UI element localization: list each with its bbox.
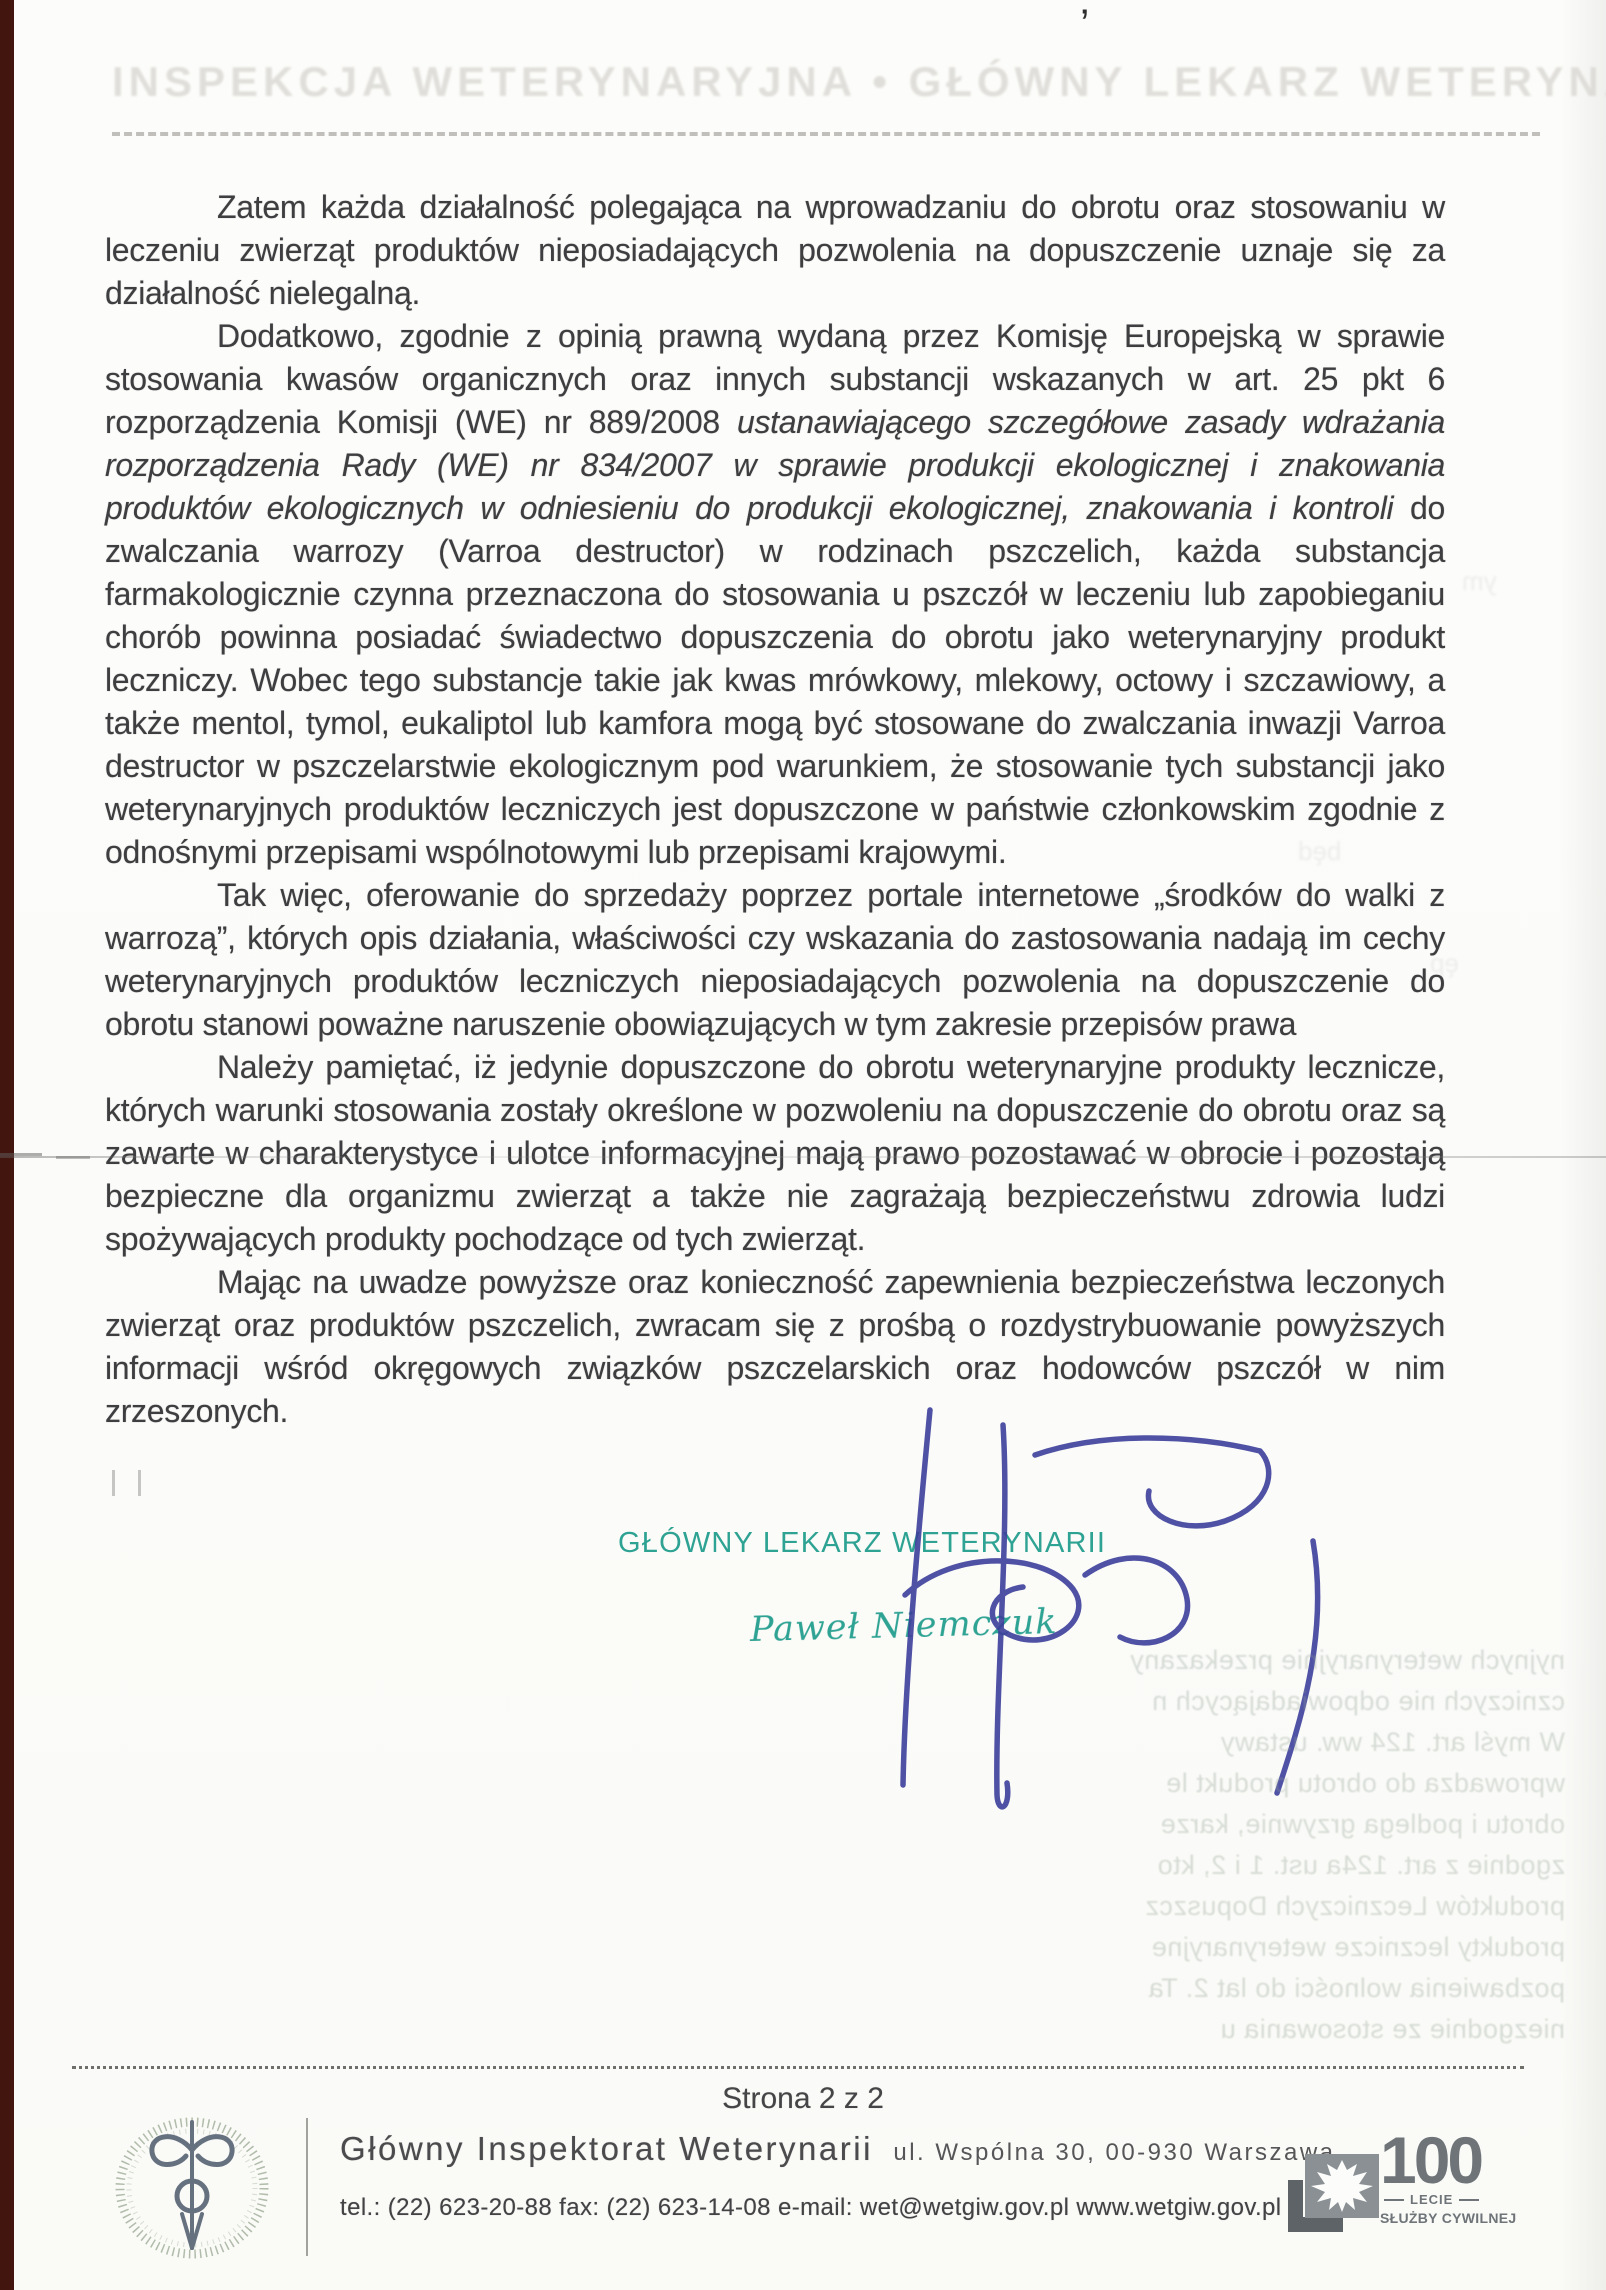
bleed-line: wprowadza do obrotu produkt le xyxy=(980,1763,1565,1804)
civil-service-100-logo: 100 LECIE SŁUŻBY CYWILNEJ xyxy=(1288,2134,1478,2238)
eagle-icon xyxy=(1305,2154,1379,2218)
bleed-line: produktów Leczniczych Dopuszcz xyxy=(980,1886,1565,1927)
bleed-line: produkty lecznicze weterynaryjne xyxy=(980,1927,1565,1968)
bleed-line: czniczych nie odpowiadających n xyxy=(980,1681,1565,1722)
footer-contacts: tel.: (22) 623-20-88 fax: (22) 623-14-08… xyxy=(340,2194,1240,2222)
bleed-line: niezgodnie ze stosowania u xyxy=(980,2009,1565,2050)
org-line: Główny Inspektorat Weterynarii ul. Wspól… xyxy=(340,2130,1240,2168)
bleed-line: nyjnych weterynaryjnie przekazany xyxy=(980,1640,1565,1681)
ink-speck-mark: ’ xyxy=(1080,0,1089,48)
bleed-line: W myśl art. 124 ww. ustawy xyxy=(980,1722,1565,1763)
bleed-fragment: będ xyxy=(1298,836,1341,867)
logo-bracket xyxy=(1288,2217,1343,2232)
faded-letterhead-text: INSPEKCJA WETERYNARYJNA • GŁÓWNY LEKARZ … xyxy=(112,58,1532,106)
bleed-line: zgodnie z art. 124a ust. 1 i 2, kto xyxy=(980,1845,1565,1886)
bleed-fragment: ęp xyxy=(1430,948,1459,979)
scanned-letter-page: ’ INSPEKCJA WETERYNARYJNA • GŁÓWNY LEKAR… xyxy=(0,0,1606,2290)
paragraph-1: Zatem każda działalność polegająca na wp… xyxy=(105,186,1445,315)
logo-sluzby-label: SŁUŻBY CYWILNEJ xyxy=(1380,2210,1516,2226)
bleed-line: pozbawienia wolności do lat 2. Ta xyxy=(980,1968,1565,2009)
pencil-margin-marks xyxy=(112,1470,172,1498)
logo-lecie-label: LECIE xyxy=(1410,2192,1453,2207)
paragraph-4: Należy pamiętać, iż jedynie dopuszczone … xyxy=(105,1046,1445,1261)
org-address: ul. Wspólna 30, 00-930 Warszawa xyxy=(893,2139,1335,2166)
letter-body: Zatem każda działalność polegająca na wp… xyxy=(105,186,1445,1433)
scan-edge-shading xyxy=(1560,0,1606,2290)
paragraph-3: Tak więc, oferowanie do sprzedaży poprze… xyxy=(105,874,1445,1046)
org-name: Główny Inspektorat Weterynarii xyxy=(340,2130,873,2167)
paragraph-2: Dodatkowo, zgodnie z opinią prawną wydan… xyxy=(105,315,1445,874)
bleed-through-text: nyjnych weterynaryjnie przekazany cznicz… xyxy=(980,1640,1565,2050)
crease-dash xyxy=(0,1153,42,1156)
bleed-line: obrotu i podlega grzywnie, karze xyxy=(980,1804,1565,1845)
logo-lecie-row: LECIE xyxy=(1384,2192,1479,2207)
bleed-fragment: ym xyxy=(1462,566,1497,597)
footer-divider xyxy=(306,2118,308,2256)
footer-dotted-rule xyxy=(72,2066,1524,2069)
paragraph-2-continuation: do zwalczania warrozy (Varroa destructor… xyxy=(105,490,1445,870)
logo-100-number: 100 xyxy=(1380,2122,1481,2198)
page-number: Strona 2 z 2 xyxy=(0,2082,1606,2116)
scan-edge-strip xyxy=(0,0,14,2290)
eagle-emblem-square xyxy=(1305,2154,1379,2218)
letterhead-dashed-rule xyxy=(112,132,1540,136)
paper-fold-crease xyxy=(0,1156,1606,1158)
caduceus-icon xyxy=(108,2114,276,2260)
crease-dash xyxy=(56,1156,90,1159)
